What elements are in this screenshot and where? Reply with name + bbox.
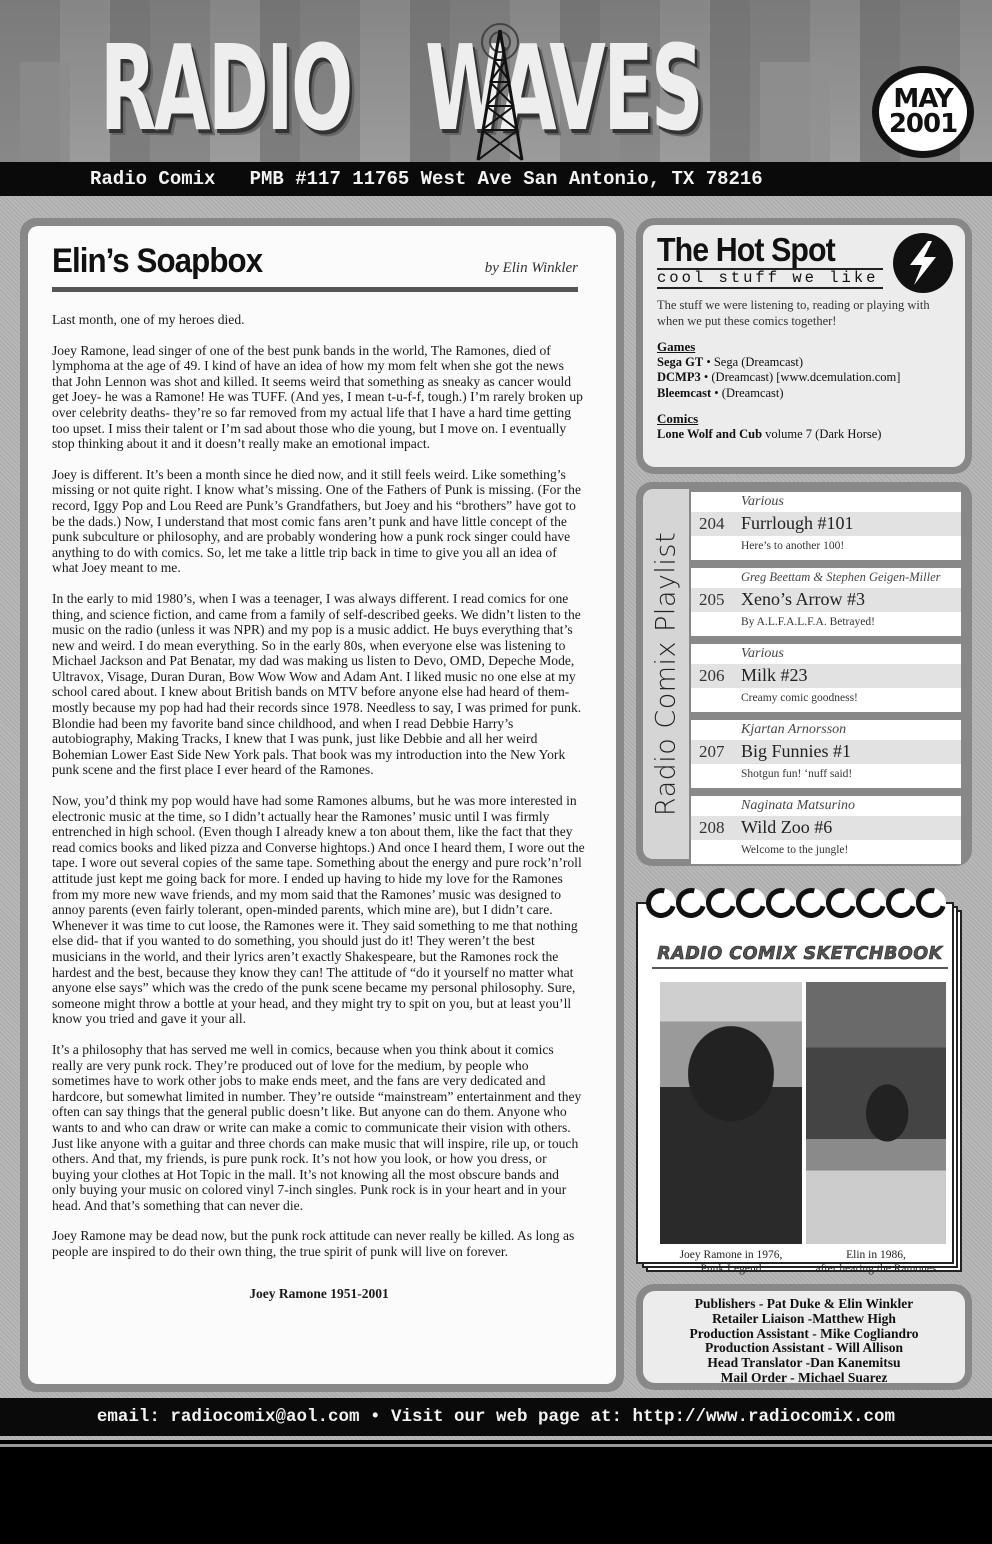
game-item: Sega GT • Sega (Dreamcast) (657, 355, 951, 371)
playlist-creator: Kjartan Arnorsson (741, 722, 846, 738)
playlist-number: 208 (699, 818, 725, 838)
hot-spot-subtitle: cool stuff we like (657, 268, 883, 289)
comics-section: Comics Lone Wolf and Cub volume 7 (Dark … (657, 411, 951, 442)
credit-line: Mail Order - Michael Suarez (643, 1371, 965, 1386)
comics-heading: Comics (657, 411, 951, 427)
playlist-note: Welcome to the jungle! (741, 844, 848, 856)
games-section: Games Sega GT • Sega (Dreamcast) DCMP3 •… (657, 339, 951, 401)
hot-spot-title: The Hot Spot (657, 233, 927, 266)
credit-line: Retailer Liaison -Matthew High (643, 1312, 965, 1327)
logo-word-radio: RADIO (100, 29, 351, 147)
footer-contact-bar: email: radiocomix@aol.com • Visit our we… (0, 1398, 992, 1436)
radio-tower-icon (470, 20, 530, 162)
article-title: Elin’s Soapbox (52, 242, 262, 281)
playlist-note: Creamy comic goodness! (741, 692, 858, 704)
photo-caption: Elin in 1986, after hearing the Ramones (806, 1248, 946, 1276)
playlist-number: 205 (699, 590, 725, 610)
playlist-title: Big Funnies #1 (741, 741, 851, 762)
playlist-title: Milk #23 (741, 665, 808, 686)
playlist-item: Naginata Matsurino 208 Wild Zoo #6 Welco… (691, 796, 961, 864)
playlist-number: 204 (699, 514, 725, 534)
playlist-item: Kjartan Arnorsson 207 Big Funnies #1 Sho… (691, 720, 961, 788)
article-header: Elin’s Soapbox by Elin Winkler (52, 242, 578, 292)
playlist-creator: Various (741, 646, 784, 662)
playlist-panel: Radio Comix Playlist Various 204 Furrlou… (636, 482, 972, 866)
spiral-binding-icon (646, 888, 946, 926)
hot-spot-panel: The Hot Spot cool stuff we like The stuf… (636, 218, 972, 474)
credit-line: Production Assistant - Will Allison (643, 1341, 965, 1356)
game-item: Bleemcast • (Dreamcast) (657, 386, 951, 402)
playlist-creator: Naginata Matsurino (741, 798, 855, 814)
article-paragraph: Now, you’d think my pop would have had s… (52, 793, 586, 1027)
credit-line: Production Assistant - Mike Cogliandro (643, 1327, 965, 1342)
article-paragraph: Last month, one of my heroes died. (52, 312, 586, 328)
playlist-note: Here’s to another 100! (741, 540, 844, 552)
sketchbook-title: RADIO COMIX SKETCHBOOK (652, 944, 948, 969)
sketchbook-panel: RADIO COMIX SKETCHBOOK Joey Ramone in 19… (636, 888, 966, 1274)
article-paragraph: It’s a philosophy that has served me wel… (52, 1042, 586, 1214)
memorial-line: Joey Ramone 1951-2001 (52, 1286, 586, 1302)
credits-panel: Publishers - Pat Duke & Elin Winkler Ret… (636, 1284, 972, 1390)
joey-ramone-photo (660, 982, 802, 1244)
article-byline: by Elin Winkler (485, 260, 578, 281)
article-paragraph: Joey Ramone may be dead now, but the pun… (52, 1228, 586, 1259)
credit-line: Publishers - Pat Duke & Elin Winkler (643, 1297, 965, 1312)
logo-word-waves: WAVES (425, 29, 701, 147)
newsletter-page: RADIO WAVES MAY 2001 Radio Comix PMB #11… (0, 0, 992, 1440)
address-bar: Radio Comix PMB #117 11765 West Ave San … (0, 162, 992, 196)
game-item: DCMP3 • (Dreamcast) [www.dcemulation.com… (657, 370, 951, 386)
playlist-item: Various 204 Furrlough #101 Here’s to ano… (691, 492, 961, 560)
playlist-side-label: Radio Comix Playlist (643, 489, 689, 859)
article-paragraph: In the early to mid 1980’s, when I was a… (52, 591, 586, 778)
sketchbook-page-front: RADIO COMIX SKETCHBOOK Joey Ramone in 19… (636, 902, 954, 1264)
playlist-number: 206 (699, 666, 725, 686)
article-body: Last month, one of my heroes died. Joey … (52, 312, 596, 1301)
games-heading: Games (657, 339, 951, 355)
comic-item: Lone Wolf and Cub volume 7 (Dark Horse) (657, 427, 951, 443)
playlist-number: 207 (699, 742, 725, 762)
playlist-title: Wild Zoo #6 (741, 817, 832, 838)
playlist-creator: Greg Beettam & Stephen Geigen-Miller (741, 570, 940, 585)
issue-date-badge: MAY 2001 (872, 66, 974, 158)
article-panel: Elin’s Soapbox by Elin Winkler Last mont… (20, 218, 624, 1392)
lightning-bolt-icon (893, 233, 953, 293)
masthead: RADIO WAVES MAY 2001 (0, 0, 992, 162)
playlist-item: Greg Beettam & Stephen Geigen-Miller 205… (691, 568, 961, 636)
playlist-note: Shotgun fun! ‘nuff said! (741, 768, 852, 780)
playlist-title: Xeno’s Arrow #3 (741, 589, 865, 610)
playlist-label: Radio Comix Playlist (651, 532, 682, 816)
elin-photo (806, 982, 946, 1244)
playlist-creator: Various (741, 494, 784, 510)
playlist-title: Furrlough #101 (741, 513, 854, 534)
issue-year: 2001 (889, 112, 957, 137)
playlist-note: By A.L.F.A.L.F.A. Betrayed! (741, 616, 875, 628)
photo-caption: Joey Ramone in 1976, Punk Legend (660, 1248, 802, 1276)
article-paragraph: Joey Ramone, lead singer of one of the b… (52, 343, 586, 452)
playlist-item: Various 206 Milk #23 Creamy comic goodne… (691, 644, 961, 712)
page-bottom (0, 1444, 992, 1544)
credit-line: Head Translator -Dan Kanemitsu (643, 1356, 965, 1371)
article-paragraph: Joey is different. It’s been a month sin… (52, 467, 586, 576)
hot-spot-description: The stuff we were listening to, reading … (657, 297, 951, 329)
